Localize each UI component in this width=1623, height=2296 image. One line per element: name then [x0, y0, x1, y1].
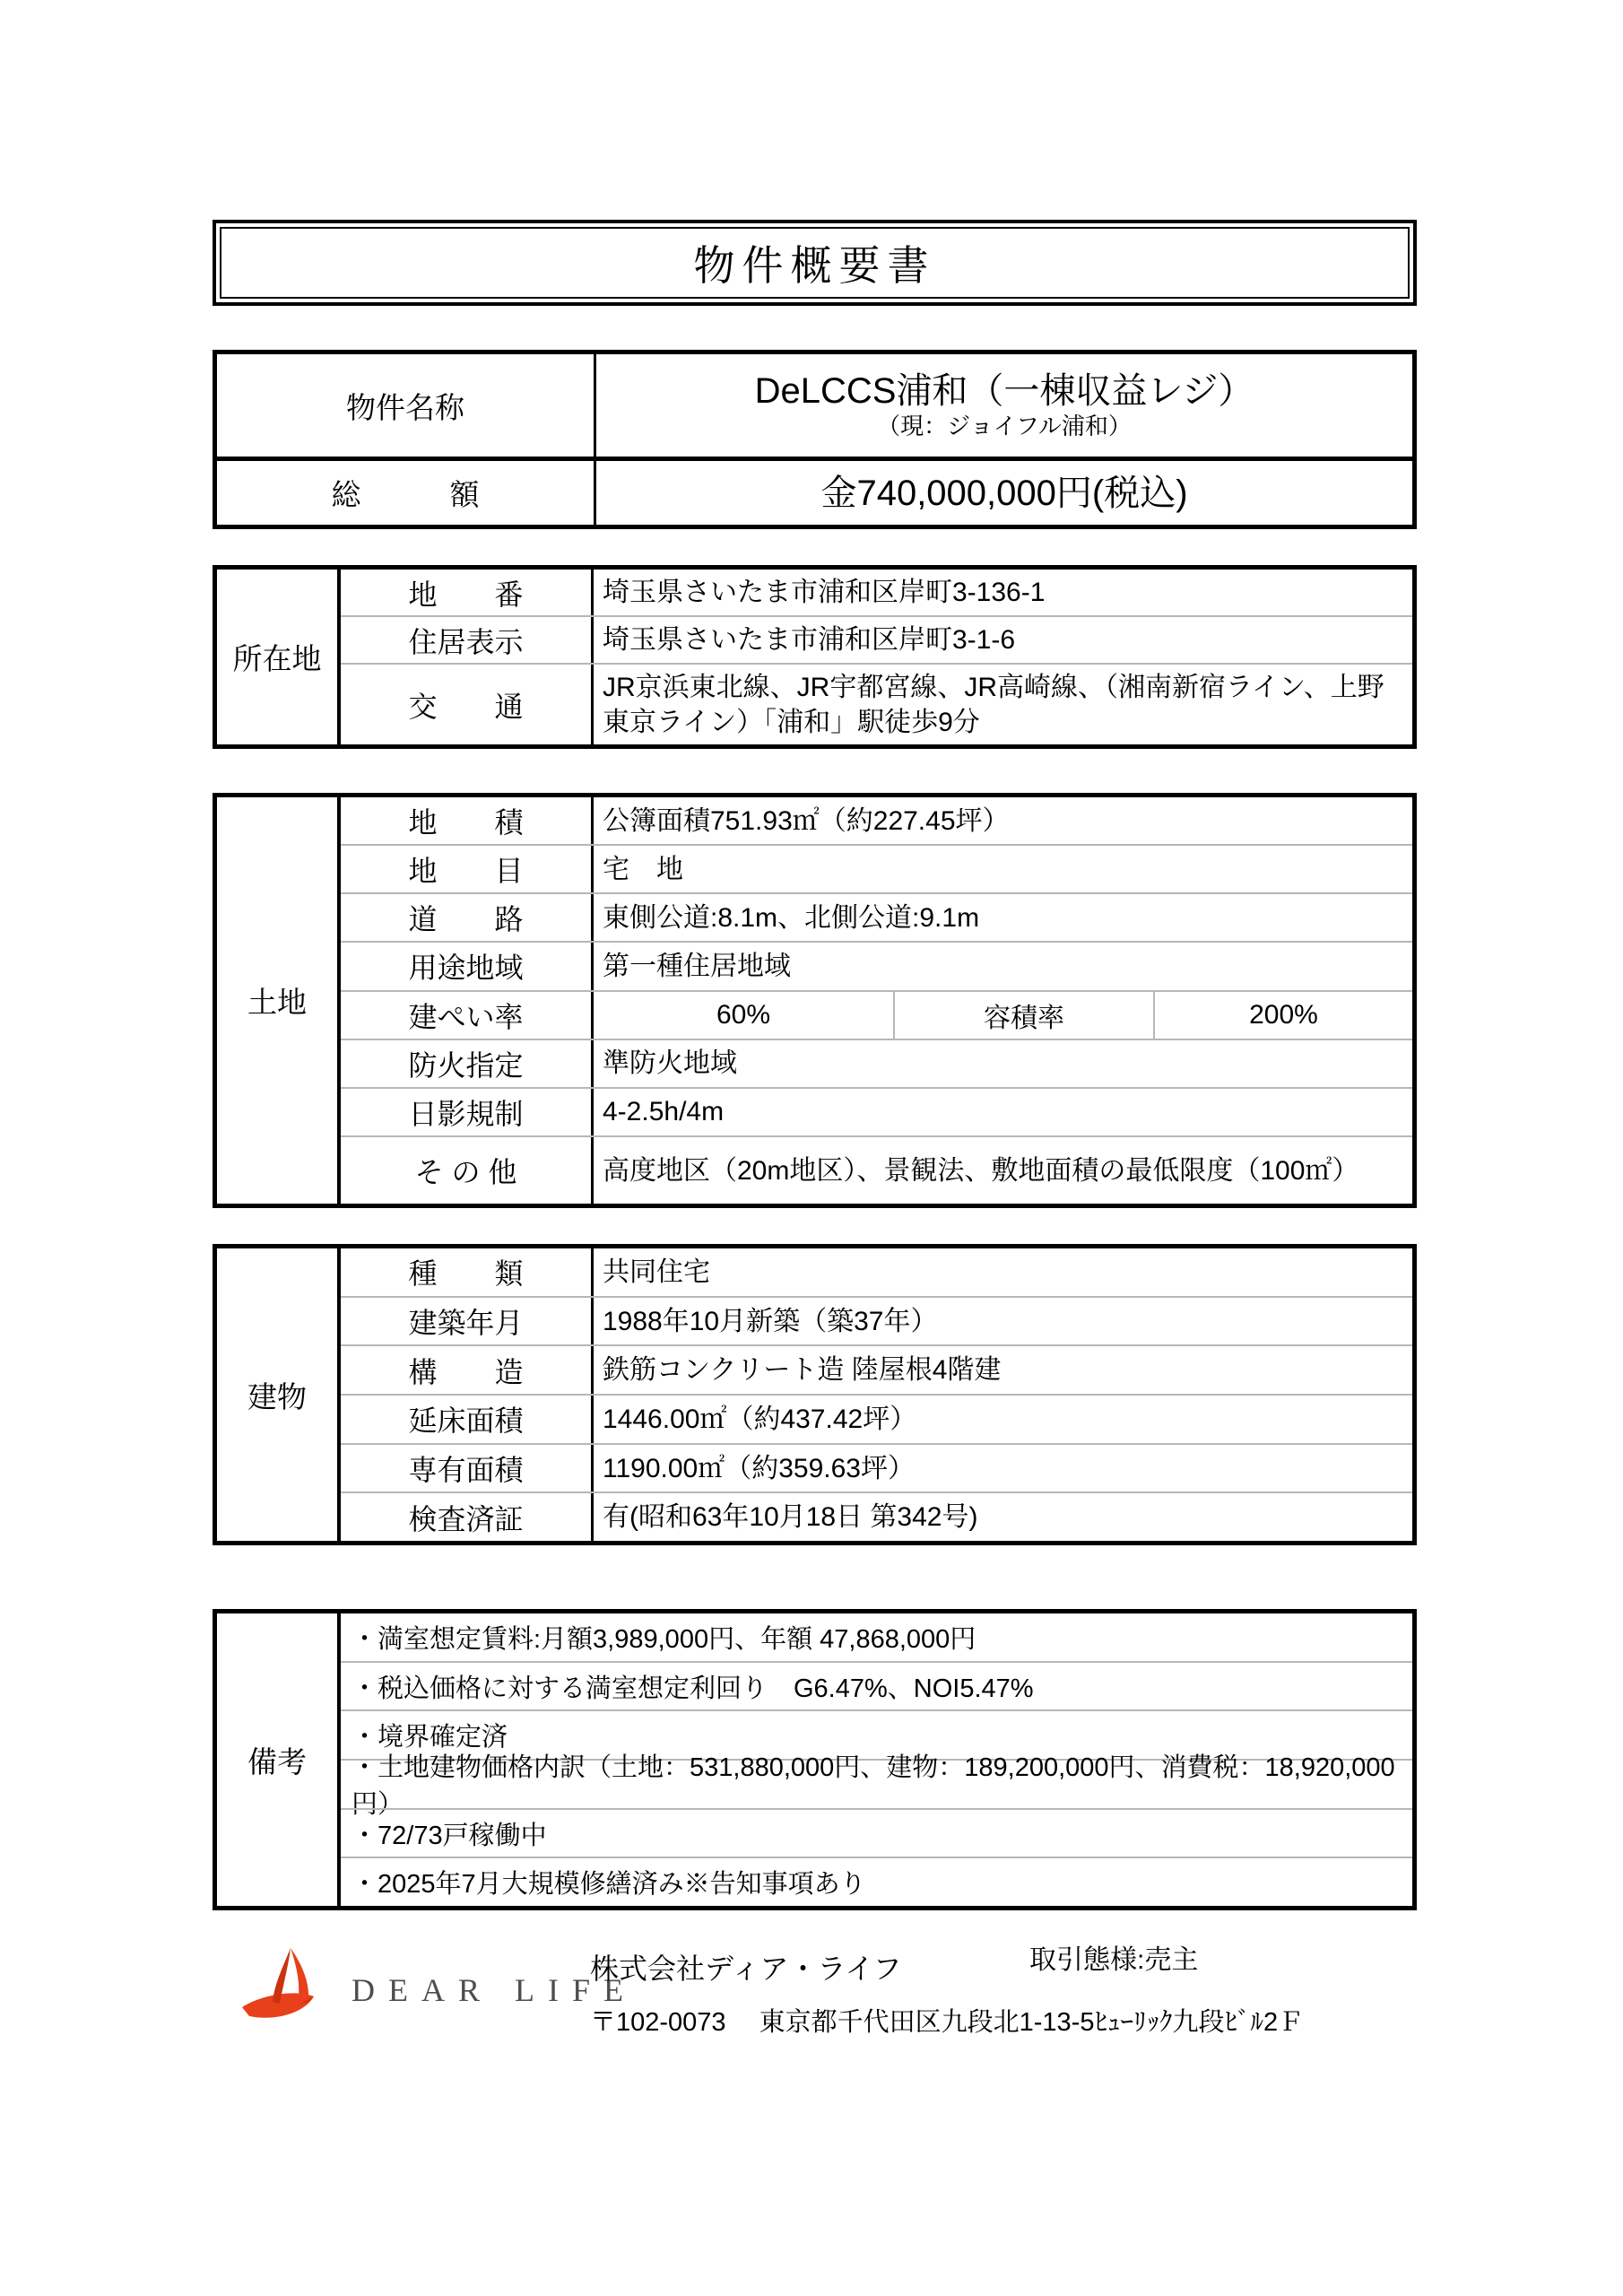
- building-group-label: 建物: [217, 1248, 341, 1541]
- company-address: 〒102-0073 東京都千代田区九段北1-13-5ﾋｭｰﾘｯｸ九段ﾋﾞﾙ2Ｆ: [590, 2002, 1304, 2039]
- table-row: 地 目 宅 地: [341, 844, 1412, 892]
- table-row: 道 路 東側公道:8.1m、北側公道:9.1m: [341, 892, 1412, 941]
- row-label: 用途地域: [341, 943, 594, 989]
- remark-item: ・税込価格に対する満室想定利回り G6.47%、NOI5.47%: [341, 1661, 1412, 1710]
- row-value: 鉄筋コンクリート造 陸屋根4階建: [594, 1346, 1412, 1394]
- row-label: 検査済証: [341, 1493, 594, 1541]
- document-title-box: 物件概要書: [213, 220, 1417, 306]
- table-row: 交 通 JR京浜東北線、JR宇都宮線、JR高崎線、（湘南新宿ライン、上野東京ライ…: [341, 663, 1412, 744]
- table-row: 防火指定 準防火地域: [341, 1039, 1412, 1087]
- property-name-former: （現：ジョイフル浦和）: [877, 413, 1132, 440]
- row-value: 準防火地域: [594, 1040, 1412, 1087]
- building-table: 建物 種 類 共同住宅 建築年月 1988年10月新築（築37年） 構 造 鉄筋…: [213, 1244, 1417, 1545]
- row-value: 埼玉県さいたま市浦和区岸町3-1-6: [594, 617, 1412, 663]
- row-label: 建ぺい率: [341, 992, 594, 1039]
- property-summary-page: 物件概要書 物件名称 DeLCCS浦和（一棟収益レジ） （現：ジョイフル浦和） …: [0, 0, 1623, 2296]
- row-value: 1190.00㎡（約359.63坪）: [594, 1445, 1412, 1492]
- table-row: 物件名称 DeLCCS浦和（一棟収益レジ） （現：ジョイフル浦和）: [217, 354, 1412, 457]
- document-title-inner-border: 物件概要書: [220, 227, 1410, 299]
- row-value: 東側公道:8.1m、北側公道:9.1m: [594, 894, 1412, 941]
- row-value: 宅 地: [594, 846, 1412, 892]
- remark-item: ・満室想定賃料:月額3,989,000円、年額 47,868,000円: [341, 1613, 1412, 1661]
- row-label: 交 通: [341, 665, 594, 744]
- land-group-label: 土地: [217, 797, 341, 1204]
- table-row: 日影規制 4-2.5h/4m: [341, 1087, 1412, 1135]
- table-row: 地 積 公簿面積751.93㎡（約227.45坪）: [341, 797, 1412, 844]
- property-name-value: DeLCCS浦和（一棟収益レジ）: [755, 370, 1254, 412]
- table-row: 検査済証 有(昭和63年10月18日 第342号): [341, 1492, 1412, 1541]
- remarks-rows: ・満室想定賃料:月額3,989,000円、年額 47,868,000円 ・税込価…: [341, 1613, 1412, 1906]
- floor-area-ratio-value: 200%: [1155, 992, 1412, 1039]
- remark-item: ・土地建物価格内訳（土地：531,880,000円、建物：189,200,000…: [341, 1759, 1412, 1808]
- row-value: 有(昭和63年10月18日 第342号): [594, 1493, 1412, 1541]
- row-label: 建築年月: [341, 1298, 594, 1345]
- row-label: そ の 他: [341, 1137, 594, 1204]
- row-value: 1988年10月新築（築37年）: [594, 1298, 1412, 1345]
- row-label: 延床面積: [341, 1396, 594, 1443]
- coverage-ratio-value: 60%: [594, 992, 895, 1039]
- row-label: 構 造: [341, 1346, 594, 1394]
- row-label: 種 類: [341, 1248, 594, 1296]
- dear-life-logo-icon: [239, 1944, 337, 2031]
- property-name-label: 物件名称: [217, 354, 596, 457]
- location-table: 所在地 地 番 埼玉県さいたま市浦和区岸町3-136-1 住居表示 埼玉県さいた…: [213, 565, 1417, 749]
- table-row-coverage: 建ぺい率 60% 容積率 200%: [341, 990, 1412, 1039]
- row-value: JR京浜東北線、JR宇都宮線、JR高崎線、（湘南新宿ライン、上野東京ライン）「浦…: [594, 665, 1412, 744]
- table-row: 建築年月 1988年10月新築（築37年）: [341, 1296, 1412, 1345]
- remarks-table: 備考 ・満室想定賃料:月額3,989,000円、年額 47,868,000円 ・…: [213, 1609, 1417, 1910]
- deal-type: 取引態様:売主: [1029, 1937, 1198, 1977]
- floor-area-ratio-label: 容積率: [895, 992, 1155, 1039]
- row-value: 公簿面積751.93㎡（約227.45坪）: [594, 797, 1412, 844]
- page-title: 物件概要書: [694, 233, 936, 292]
- table-row: 専有面積 1190.00㎡（約359.63坪）: [341, 1443, 1412, 1492]
- row-label: 専有面積: [341, 1445, 594, 1492]
- row-value: 高度地区（20m地区）、景観法、敷地面積の最低限度（100㎡）: [594, 1137, 1412, 1204]
- location-rows: 地 番 埼玉県さいたま市浦和区岸町3-136-1 住居表示 埼玉県さいたま市浦和…: [341, 570, 1412, 744]
- company-name: 株式会社ディア・ライフ: [590, 1946, 902, 1987]
- total-price-value: 金740,000,000円(税込): [820, 473, 1187, 514]
- row-label: 地 番: [341, 570, 594, 615]
- row-value: 1446.00㎡（約437.42坪）: [594, 1396, 1412, 1443]
- row-label: 防火指定: [341, 1040, 594, 1087]
- row-label: 住居表示: [341, 617, 594, 663]
- row-label: 地 積: [341, 797, 594, 844]
- remark-item: ・2025年7月大規模修繕済み※告知事項あり: [341, 1857, 1412, 1906]
- remark-item: ・72/73戸稼働中: [341, 1808, 1412, 1857]
- table-row: 地 番 埼玉県さいたま市浦和区岸町3-136-1: [341, 570, 1412, 615]
- land-table: 土地 地 積 公簿面積751.93㎡（約227.45坪） 地 目 宅 地 道 路…: [213, 793, 1417, 1208]
- building-rows: 種 類 共同住宅 建築年月 1988年10月新築（築37年） 構 造 鉄筋コンク…: [341, 1248, 1412, 1541]
- total-price-cell: 金740,000,000円(税込): [596, 461, 1412, 525]
- table-row: 総 額 金740,000,000円(税込): [217, 457, 1412, 525]
- total-price-label: 総 額: [217, 461, 596, 525]
- row-label: 地 目: [341, 846, 594, 892]
- overview-table: 物件名称 DeLCCS浦和（一棟収益レジ） （現：ジョイフル浦和） 総 額 金7…: [213, 350, 1417, 529]
- table-row: 構 造 鉄筋コンクリート造 陸屋根4階建: [341, 1344, 1412, 1394]
- row-value: 共同住宅: [594, 1248, 1412, 1296]
- land-rows: 地 積 公簿面積751.93㎡（約227.45坪） 地 目 宅 地 道 路 東側…: [341, 797, 1412, 1204]
- table-row: 延床面積 1446.00㎡（約437.42坪）: [341, 1394, 1412, 1443]
- table-row: 住居表示 埼玉県さいたま市浦和区岸町3-1-6: [341, 615, 1412, 663]
- table-row: 種 類 共同住宅: [341, 1248, 1412, 1296]
- row-label: 日影規制: [341, 1089, 594, 1135]
- row-label: 道 路: [341, 894, 594, 941]
- row-value: 第一種住居地域: [594, 943, 1412, 989]
- table-row: そ の 他 高度地区（20m地区）、景観法、敷地面積の最低限度（100㎡）: [341, 1135, 1412, 1204]
- location-group-label: 所在地: [217, 570, 341, 744]
- row-value: 埼玉県さいたま市浦和区岸町3-136-1: [594, 570, 1412, 615]
- table-row: 用途地域 第一種住居地域: [341, 941, 1412, 989]
- remarks-group-label: 備考: [217, 1613, 341, 1906]
- property-name-cell: DeLCCS浦和（一棟収益レジ） （現：ジョイフル浦和）: [596, 354, 1412, 457]
- row-value: 4-2.5h/4m: [594, 1089, 1412, 1135]
